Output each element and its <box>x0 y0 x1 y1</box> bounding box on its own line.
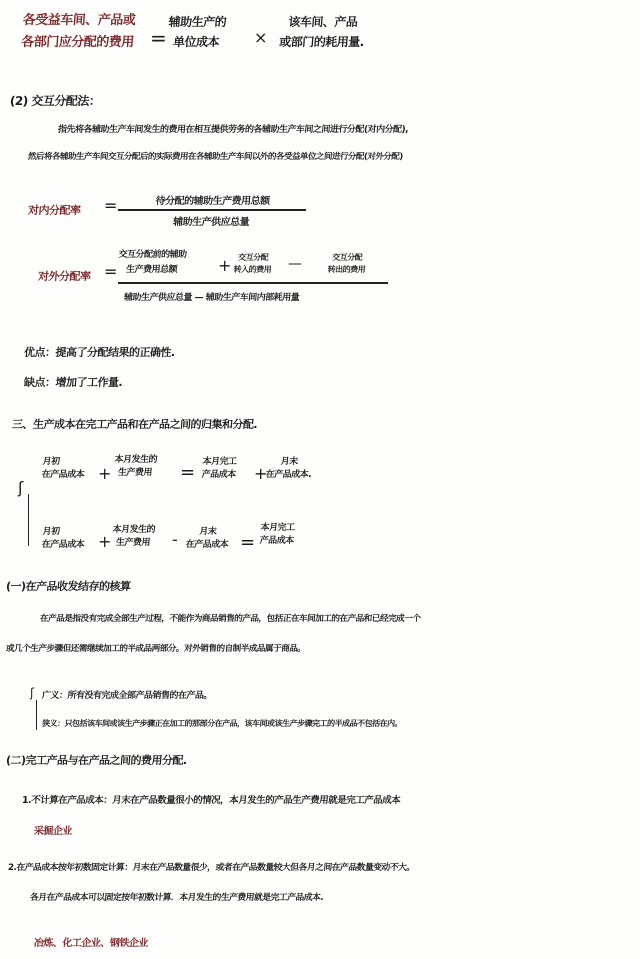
internal-rate-eq: = <box>104 196 117 215</box>
mid-line2: 单位成本 <box>172 32 219 52</box>
external-rate-eq: = <box>104 262 117 281</box>
broad-definition: 广义：所有没有完成全部产品销售的在产品。 <box>42 688 213 701</box>
external-num-c: 交互分配 转出的费用 <box>327 252 366 276</box>
lhs-line2: 各部门应分配的费用 <box>20 32 134 54</box>
external-rate-label: 对外分配率 <box>37 268 91 284</box>
brace-line-small <box>36 700 37 730</box>
cons-text: 缺点：增加了工作量. <box>23 374 122 390</box>
sub2-item1: 1.不计算在产品成本：月末在产品数量很小的情况，本月发生的产品生产费用就是完工产… <box>22 792 401 806</box>
internal-rate-label: 对内分配率 <box>27 202 81 218</box>
internal-rate-numerator: 待分配的辅助生产费用总额 <box>155 192 270 207</box>
fraction-bar <box>118 282 388 284</box>
sub2-item2-example: 冶炼、化工企业、钢铁企业 <box>33 934 148 949</box>
narrow-definition: 狭义：只包括该车间或该生产步骤正在加工的那部分在产品，该车间或该生产步骤完工的半… <box>42 718 403 729</box>
sub2-item1-example: 采掘企业 <box>33 822 72 837</box>
section2-para-line1: 指先将各辅助生产车间发生的费用在相互提供劳务的各辅助生产车间之间进行分配(对内分… <box>58 122 409 135</box>
brace-line <box>28 494 29 546</box>
top-formula-mid: 辅助生产的 单位成本 <box>167 12 227 52</box>
section3-heading: 三、生产成本在完工产品和在产品之间的归集和分配. <box>11 416 257 432</box>
times-sign: × <box>254 28 267 47</box>
sub2-item2-line2: 各月在产品成本可以固定按年初数计算．本月发生的生产费用就是完工产品成本. <box>30 890 324 903</box>
equals-sign: = <box>150 26 167 50</box>
fraction-bar <box>118 209 306 211</box>
internal-rate-fraction: 待分配的辅助生产费用总额 辅助生产供应总量 <box>117 192 307 228</box>
top-formula-lhs: 各受益车间、产品或 各部门应分配的费用 <box>20 10 136 54</box>
section2-para-line2: 然后将各辅助生产车间交互分配后的实际费用在各辅助生产车间以外的各受益单位之间进行… <box>28 150 404 162</box>
pros-text: 优点：提高了分配结果的正确性. <box>23 344 175 360</box>
sub2-heading: (二)完工产品与在产品之间的费用分配. <box>5 752 187 768</box>
mid-line1: 辅助生产的 <box>168 12 227 32</box>
internal-rate-denominator: 辅助生产供应总量 <box>173 213 250 228</box>
sub2-item2-line1: 2.在产品成本按年初数固定计算：月末在产品数量很少，或者在产品数量较大但各月之间… <box>8 860 416 873</box>
minus-sign: — <box>288 256 302 272</box>
section2-heading: (2) 交互分配法： <box>9 92 101 109</box>
lhs-line1: 各受益车间、产品或 <box>22 10 136 32</box>
external-rate-fraction: 交互分配前的辅助 生产费用总额 + 交互分配 转入的费用 — 交互分配 转出的费… <box>118 248 388 314</box>
rhs-line2: 或部门的耗用量. <box>279 32 365 52</box>
plus-sign: + <box>218 256 231 275</box>
brace-icon: ʃ <box>18 478 23 497</box>
external-num-a: 交互分配前的辅助 生产费用总额 <box>117 248 187 278</box>
brace-small-icon: ʃ <box>30 686 34 700</box>
rhs-line1: 该车间、产品 <box>288 12 358 32</box>
external-num-b: 交互分配 转入的费用 <box>233 252 272 276</box>
sub1-para-line1: 在产品是指没有完成全部生产过程，不能作为商品销售的产品，包括正在车间加工的在产品… <box>40 612 421 624</box>
sub1-heading: (一)在产品收发结存的核算 <box>5 578 131 594</box>
top-formula-rhs: 该车间、产品 或部门的耗用量. <box>279 12 366 52</box>
sub1-para-line2: 或几个生产步骤但还需继续加工的半成品两部分。对外销售的自制半成品属于商品。 <box>6 642 306 654</box>
handwritten-notes-page: 各受益车间、产品或 各部门应分配的费用 = 辅助生产的 单位成本 × 该车间、产… <box>0 0 640 959</box>
external-rate-denominator: 辅助生产供应总量 — 辅助生产车间内部耗用量 <box>124 290 300 303</box>
